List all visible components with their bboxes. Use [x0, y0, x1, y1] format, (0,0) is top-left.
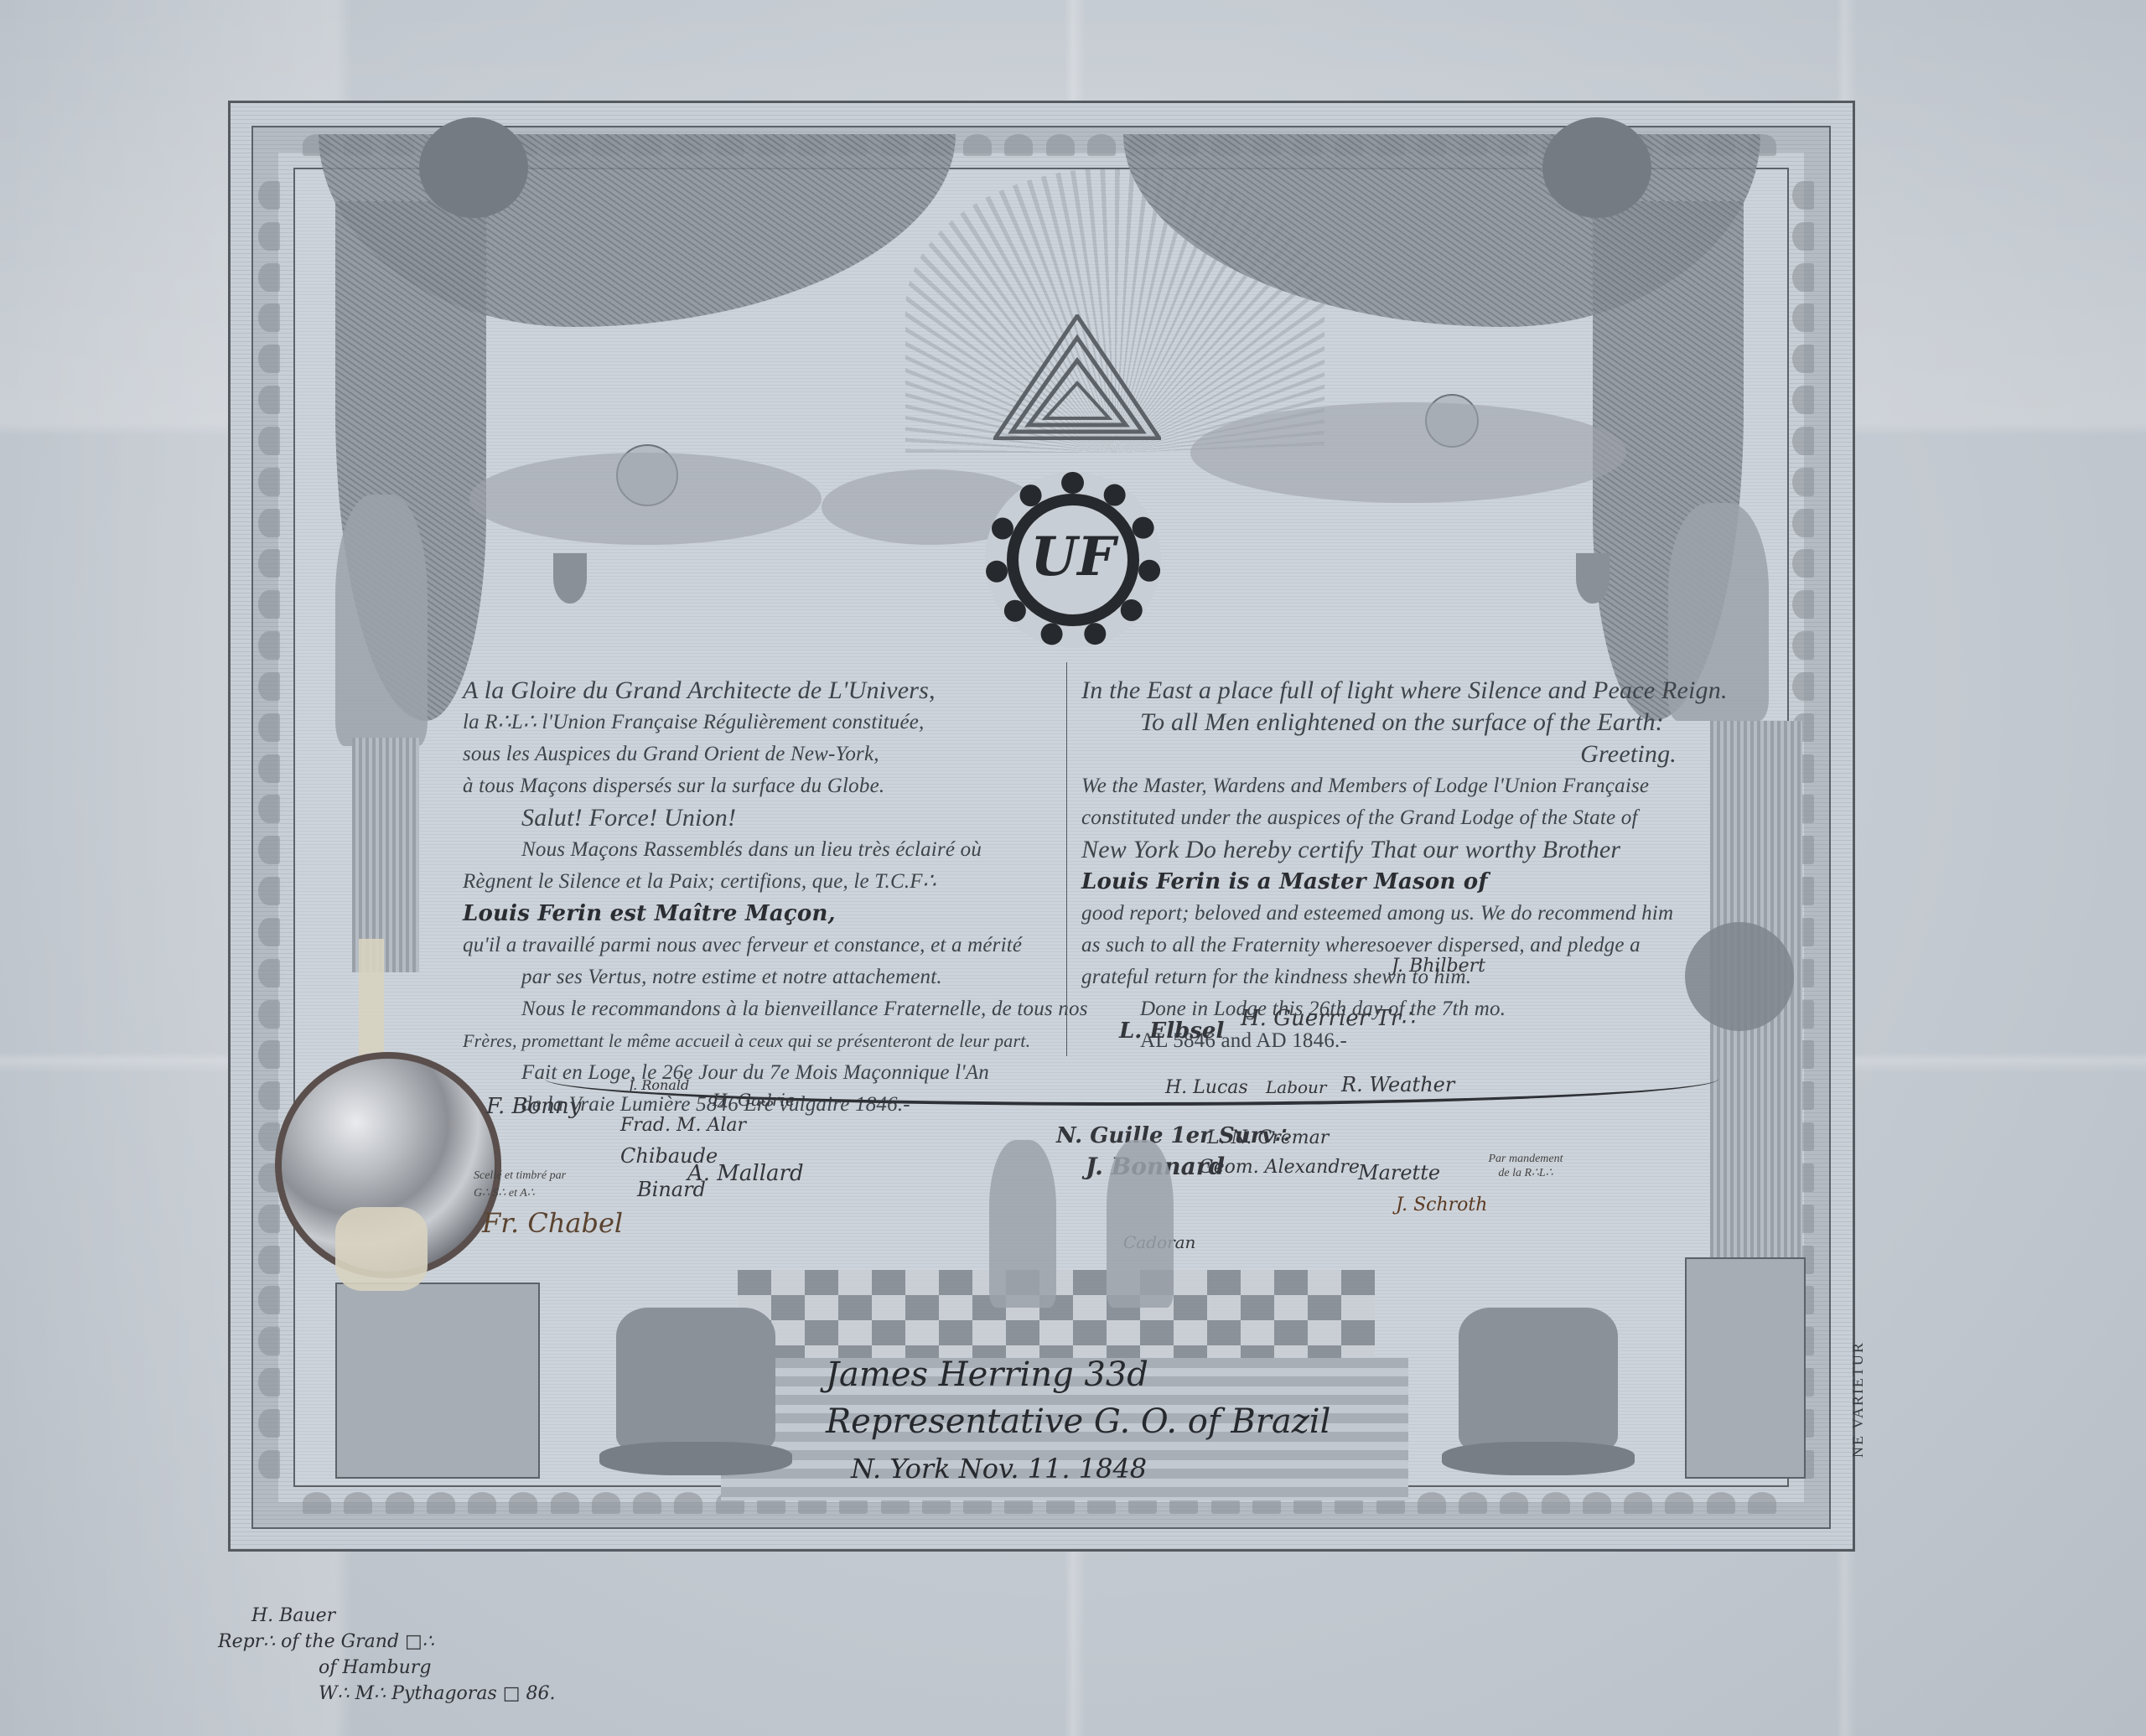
- right-clouds: [1190, 402, 1626, 503]
- fr-line-6: Nous Maçons Rassemblés dans un lieu très…: [463, 834, 1066, 866]
- endorsement-line-2: Representative G. O. of Brazil: [826, 1398, 1330, 1445]
- signature-ronald: J. Ronald: [629, 1077, 689, 1093]
- en-line-7-name: Louis Ferin is a Master Mason of: [1081, 866, 1710, 898]
- en-line-1: In the East a place full of light where …: [1081, 675, 1710, 707]
- left-urn: [616, 1308, 775, 1450]
- signature-marette: Marette: [1358, 1161, 1440, 1184]
- left-urn-base: [599, 1442, 792, 1475]
- right-temple-figure: [1107, 1140, 1174, 1308]
- signature-schroth: J. Schroth: [1396, 1194, 1487, 1215]
- en-line-3: Greeting.: [1081, 738, 1710, 770]
- signature-bhilbert: J. Bhilbert: [1392, 956, 1485, 977]
- endorsement-herring: James Herring 33d Representative G. O. o…: [826, 1351, 1330, 1492]
- fr-line-5: Salut! Force! Union!: [463, 802, 1066, 834]
- fr-line-9: qu'il a travaillé parmi nous avec ferveu…: [463, 930, 1066, 961]
- fr-line-1: A la Gloire du Grand Architecte de L'Uni…: [463, 675, 1066, 707]
- signature-labour: Labour: [1266, 1077, 1327, 1097]
- signature-cremar: L. N. Cremar: [1207, 1127, 1329, 1148]
- right-tassel-icon: [1576, 553, 1609, 604]
- fr-line-3: sous les Auspices du Grand Orient de New…: [463, 738, 1066, 770]
- left-drapery-knot: [419, 117, 528, 218]
- signature-mallard: A. Mallard: [687, 1161, 804, 1186]
- endorsement-line-3: N. York Nov. 11. 1848: [826, 1445, 1330, 1492]
- par-mandement-note: Par mandement de la R∴L∴: [1488, 1153, 1563, 1180]
- left-ornament-border: [258, 176, 287, 1484]
- left-pedestal: [335, 1283, 540, 1479]
- fr-line-11: Nous le recommandons à la bienveillance …: [463, 993, 1066, 1025]
- signature-gadrie: H. Gadrie: [713, 1090, 796, 1110]
- signature-alexandre: Geom. Alexandre: [1199, 1157, 1360, 1178]
- signature-lucas: H. Lucas: [1165, 1077, 1248, 1098]
- fr-line-4: à tous Maçons dispersés sur la surface d…: [463, 770, 1066, 802]
- bauer-line-3: of Hamburg: [218, 1655, 556, 1681]
- en-line-6: New York Do hereby certify That our wort…: [1081, 834, 1710, 866]
- fr-line-7: Règnent le Silence et la Paix; certifion…: [463, 866, 1066, 898]
- en-line-4: We the Master, Wardens and Members of Lo…: [1081, 770, 1710, 802]
- seal-monogram: UF: [1007, 526, 1139, 588]
- right-drapery-knot: [1542, 117, 1651, 218]
- en-line-5: constituted under the auspices of the Gr…: [1081, 802, 1710, 834]
- column-divider: [1066, 662, 1067, 1056]
- right-urn-base: [1442, 1442, 1635, 1475]
- lower-seal-ribbon-bow: [335, 1207, 428, 1291]
- english-certificate-text: In the East a place full of light where …: [1081, 675, 1710, 1057]
- left-tassel-icon: [553, 553, 587, 604]
- motto-ne-varietur: NE VARIETUR: [1849, 1316, 1874, 1484]
- signature-weather: R. Weather: [1341, 1073, 1454, 1096]
- scelle-note: Scellé et timbré par: [474, 1169, 566, 1183]
- fr-line-8-name: Louis Ferin est Maître Maçon,: [463, 898, 1066, 930]
- bauer-line-1: H. Bauer: [218, 1603, 556, 1629]
- fr-line-2: la R∴L∴ l'Union Française Régulièrement …: [463, 707, 1066, 738]
- en-line-8: good report; beloved and esteemed among …: [1081, 898, 1710, 930]
- ink-seal-stamp: UF: [985, 472, 1161, 648]
- bauer-line-4: W∴ M∴ Pythagoras □ 86.: [218, 1681, 556, 1707]
- delta-triangle-icon: [993, 314, 1161, 440]
- signature-elbsel: L. Elbsel: [1119, 1018, 1224, 1044]
- left-broken-column: [352, 738, 419, 972]
- signature-chabel: Fr. Chabel: [482, 1207, 623, 1239]
- signature-bonny: F. Bonny: [486, 1094, 581, 1119]
- bauer-line-2: Repr∴ of the Grand □∴: [218, 1629, 556, 1655]
- right-flaming-urn: [1459, 1308, 1618, 1450]
- left-clouds: [469, 453, 822, 545]
- fr-line-10: par ses Vertus, notre estime et notre at…: [463, 961, 1066, 993]
- endorsement-line-1: James Herring 33d: [826, 1351, 1330, 1398]
- right-pedestal: [1685, 1257, 1806, 1479]
- left-statue-figure: [335, 495, 428, 746]
- signature-guerrier: H. Guerrier Tr∴: [1241, 1006, 1415, 1031]
- en-line-2: To all Men enlightened on the surface of…: [1081, 707, 1710, 738]
- scelle-sub-note: G∴ S∴ et A∴: [474, 1186, 535, 1200]
- left-temple-figure: [989, 1140, 1056, 1308]
- signature-alar: Frad. M. Alar: [620, 1115, 746, 1136]
- upper-seal-ribbon: [359, 939, 384, 1056]
- endorsement-bauer: H. Bauer Repr∴ of the Grand □∴ of Hambur…: [218, 1603, 556, 1707]
